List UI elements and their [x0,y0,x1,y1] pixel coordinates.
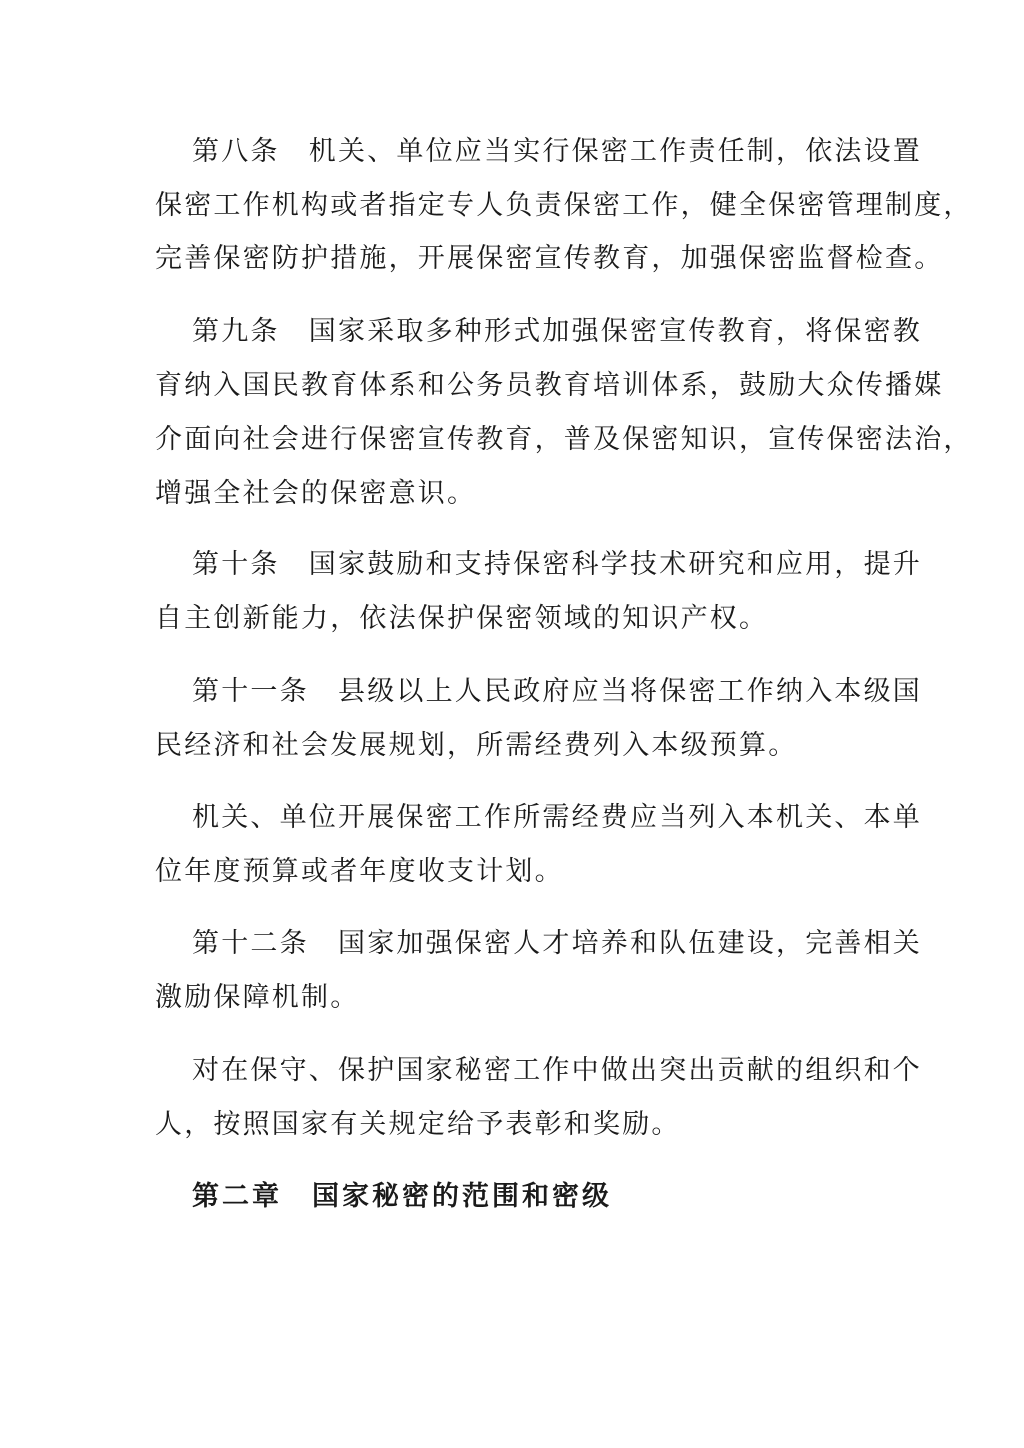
article-12-para-2-line-2: 人，按照国家有关规定给予表彰和奖励。 [155,1109,681,1141]
article-11-line-1: 第十一条 县级以上人民政府应当将保密工作纳入本级国 [192,676,922,708]
article-12-para-2-line-1: 对在保守、保护国家秘密工作中做出突出贡献的组织和个 [192,1055,922,1087]
article-11-para-2-line-2: 位年度预算或者年度收支计划。 [155,856,564,888]
article-11-para-2-line-1: 机关、单位开展保密工作所需经费应当列入本机关、本单 [192,802,922,834]
article-9-line-2: 育纳入国民教育体系和公务员教育培训体系，鼓励大众传播媒 [155,370,943,402]
chapter-heading: 第二章 国家秘密的范围和密级 [192,1181,612,1213]
article-8-line-3: 完善保密防护措施，开展保密宣传教育，加强保密监督检查。 [155,243,943,275]
article-8-line-2: 保密工作机构或者指定专人负责保密工作，健全保密管理制度， [155,190,973,222]
article-12-line-1: 第十二条 国家加强保密人才培养和队伍建设，完善相关 [192,928,922,960]
article-9-line-3: 介面向社会进行保密宣传教育，普及保密知识，宣传保密法治， [155,424,973,456]
article-11-line-2: 民经济和社会发展规划，所需经费列入本级预算。 [155,730,797,762]
article-10-line-1: 第十条 国家鼓励和支持保密科学技术研究和应用，提升 [192,549,922,581]
article-10-line-2: 自主创新能力，依法保护保密领域的知识产权。 [155,603,768,635]
article-8-line-1: 第八条 机关、单位应当实行保密工作责任制，依法设置 [192,136,922,168]
article-9-line-1: 第九条 国家采取多种形式加强保密宣传教育，将保密教 [192,316,922,348]
document-page: 第八条 机关、单位应当实行保密工作责任制，依法设置 保密工作机构或者指定专人负责… [0,0,1024,1448]
article-12-line-2: 激励保障机制。 [155,982,359,1014]
article-9-line-4: 增强全社会的保密意识。 [155,478,476,510]
